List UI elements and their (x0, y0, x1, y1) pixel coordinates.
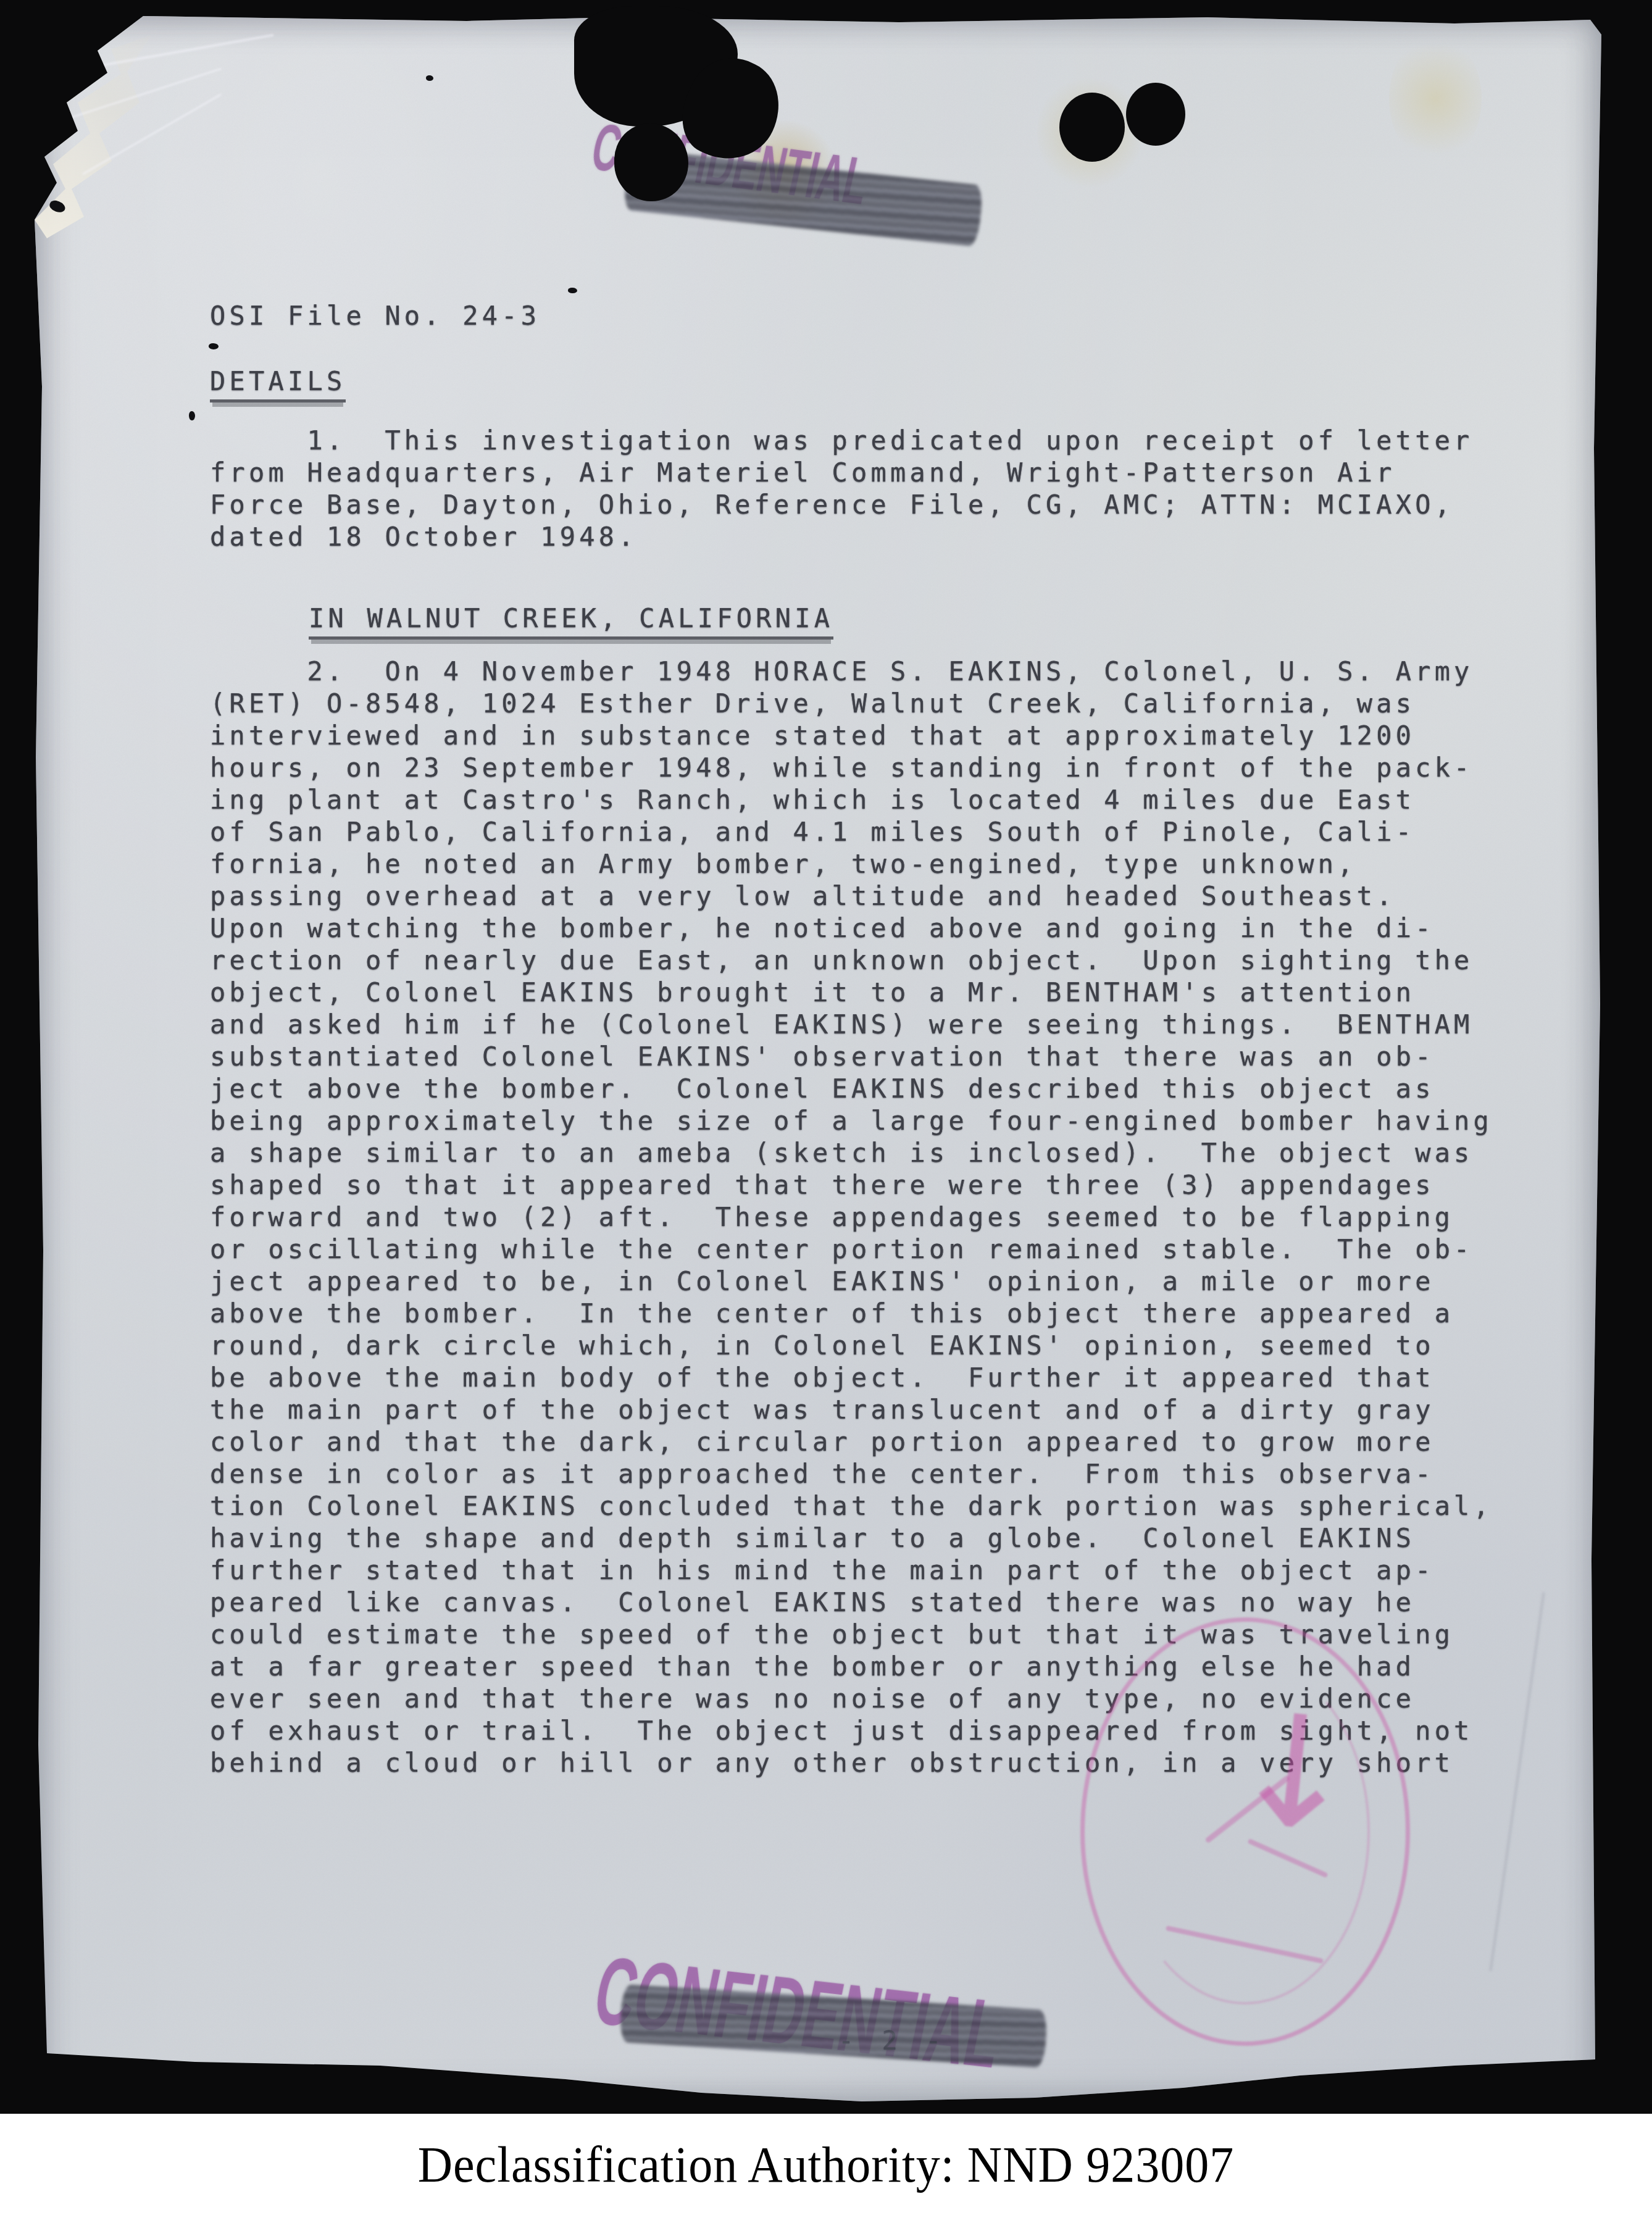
osi-file-number: OSI File No. 24-3 (210, 300, 540, 332)
hole-punch (1059, 93, 1125, 162)
details-heading: DETAILS (210, 366, 346, 403)
paper-crease (45, 68, 222, 127)
arrow-down-icon: ↓ (1220, 1677, 1368, 1869)
scanned-document-page: { "document": { "file_no": "OSI File No.… (0, 0, 1652, 2215)
torn-corner (35, 35, 180, 244)
ink-speck (189, 411, 195, 420)
tape-stain (1389, 34, 1482, 164)
scanned-paper: CONFIDENTIAL OSI File No. 24-3 DETAILS 1… (35, 16, 1601, 2110)
ink-speck (426, 75, 433, 81)
paragraph-2: 2. On 4 November 1948 HORACE S. EAKINS, … (210, 656, 1493, 1779)
ink-speck (568, 288, 577, 293)
paper-crease (54, 34, 273, 75)
declassification-footer: Declassification Authority: NND 923007 (0, 2114, 1652, 2215)
paper-crease (1490, 1592, 1545, 1971)
hole-punch (1126, 83, 1185, 146)
paragraph-1: 1. This investigation was predicated upo… (210, 425, 1474, 553)
ink-speck (209, 343, 219, 349)
declassification-text: Declassification Authority: NND 923007 (418, 2135, 1235, 2193)
hole-punch (614, 123, 688, 201)
section-heading: IN WALNUT CREEK, CALIFORNIA (309, 603, 833, 640)
